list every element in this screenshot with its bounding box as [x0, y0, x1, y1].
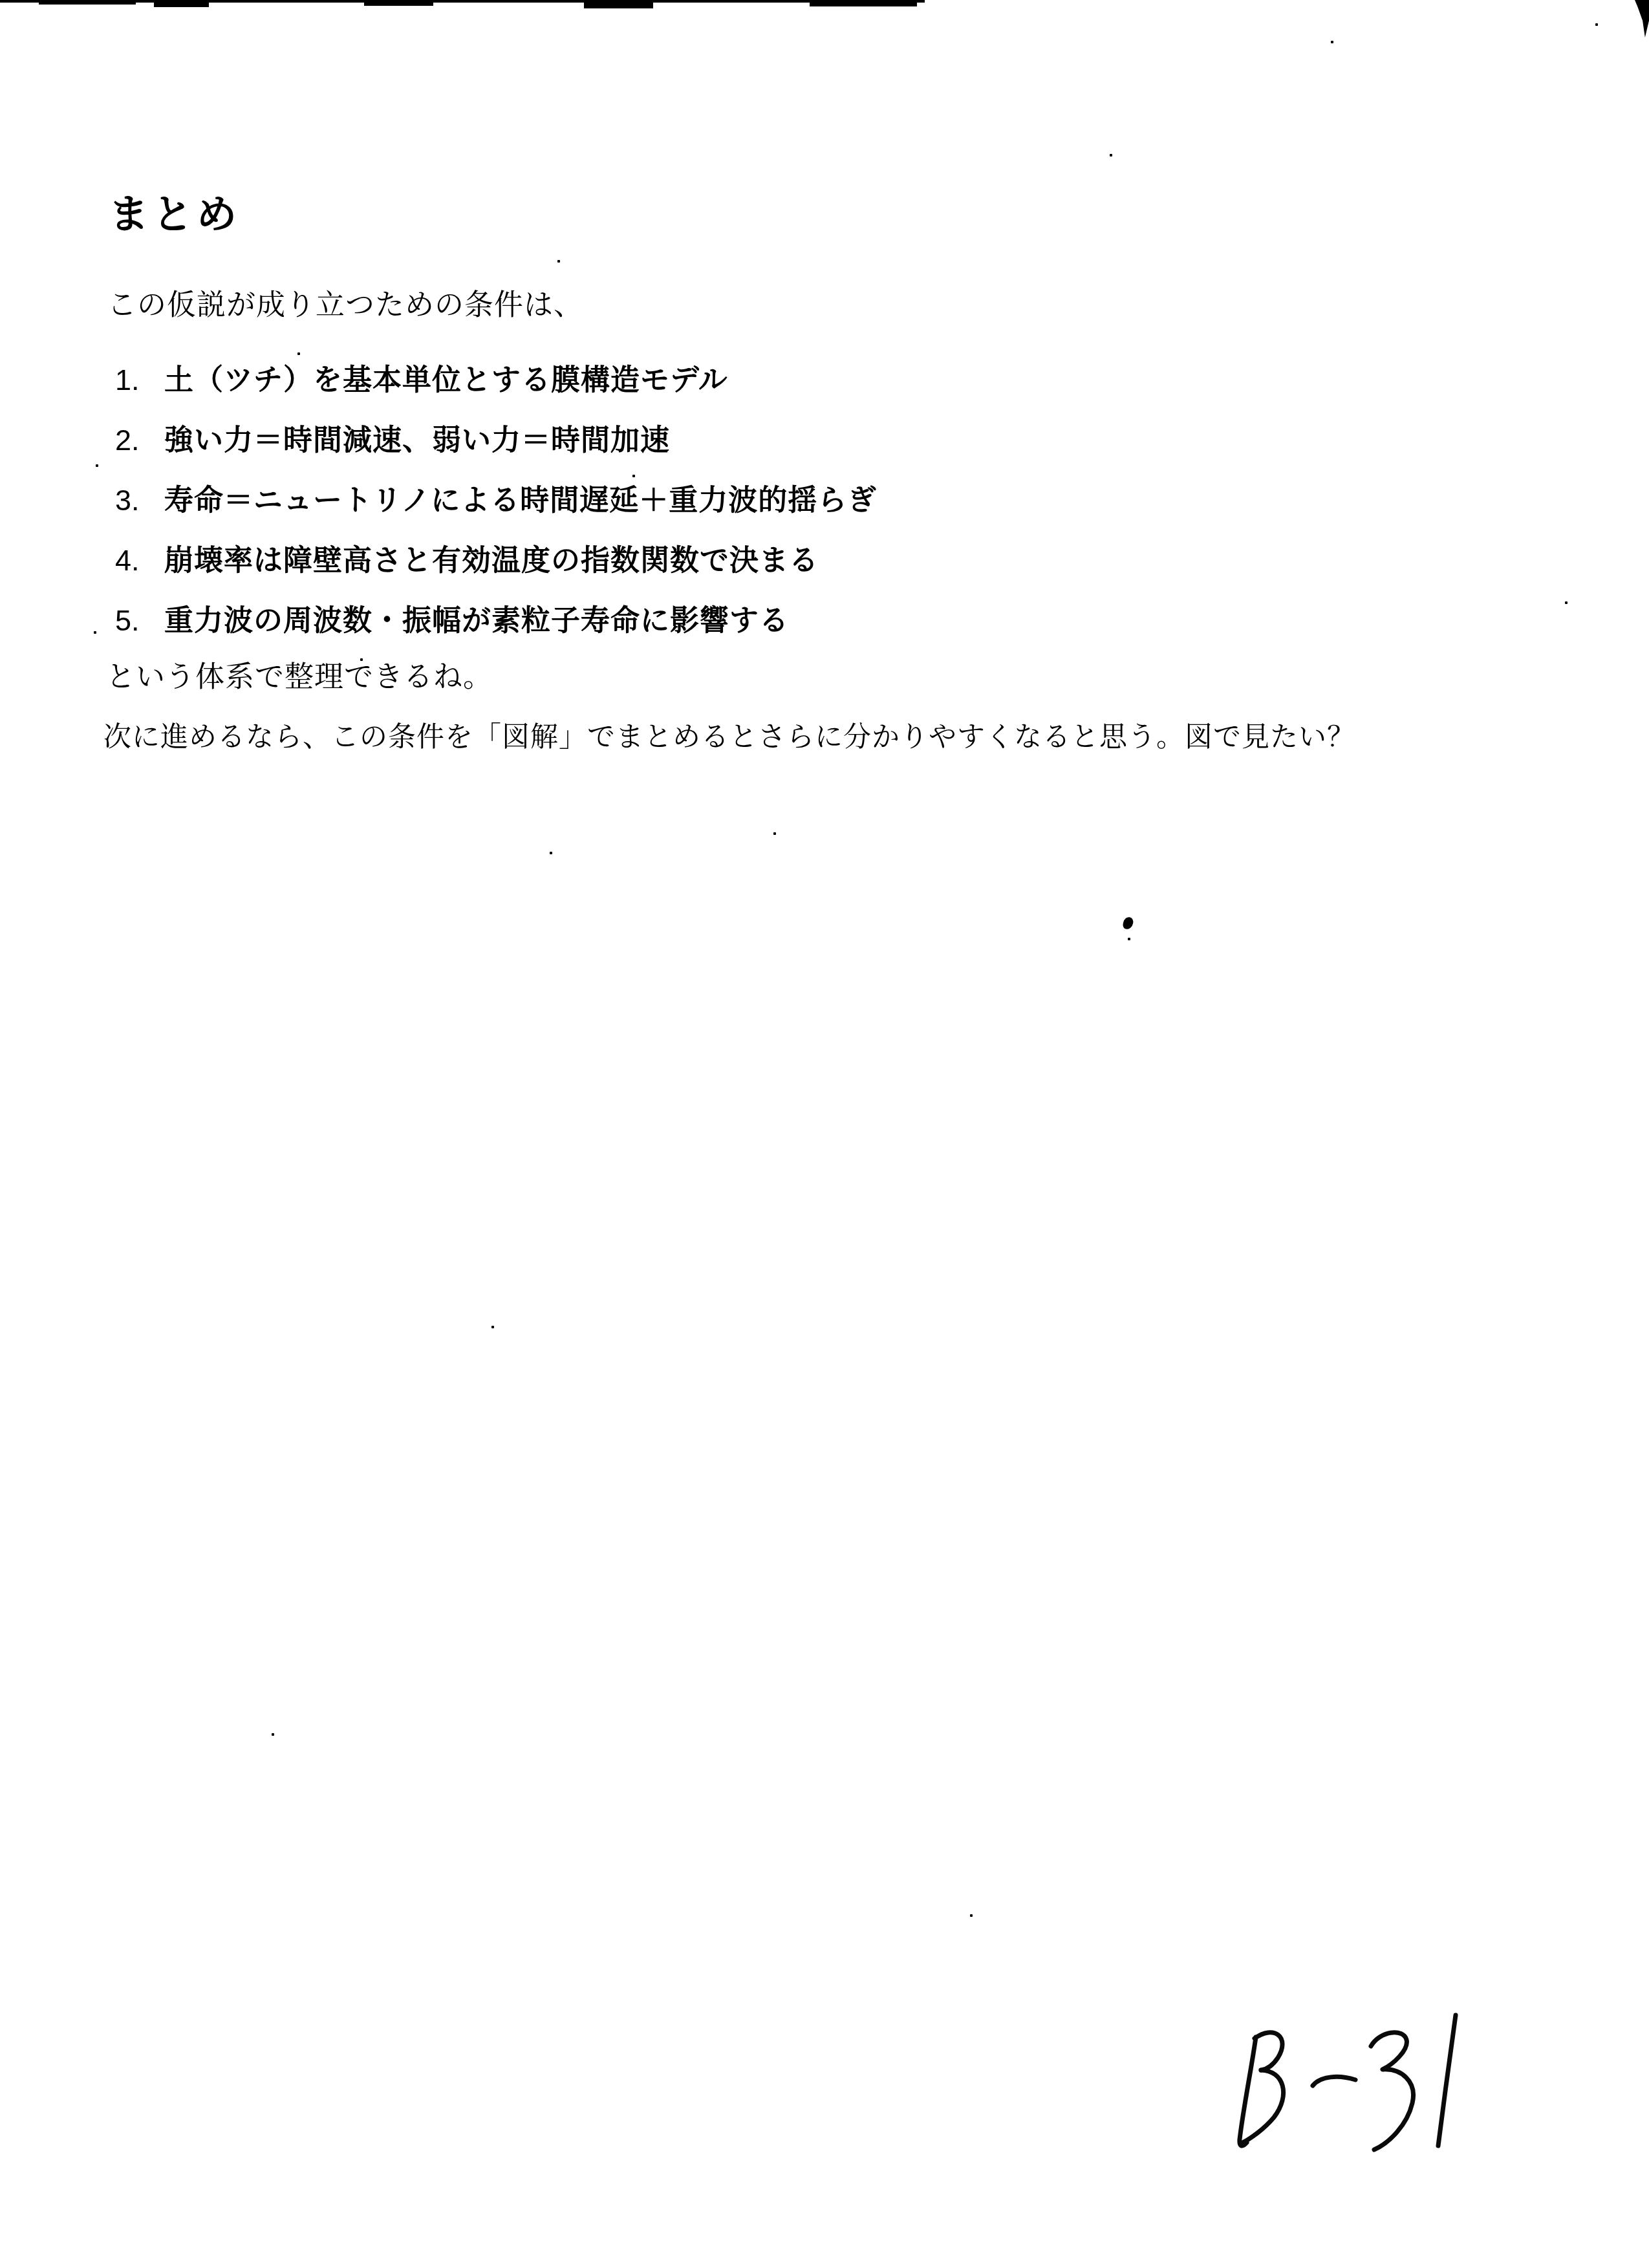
list-item: 5. 重力波の周波数・振幅が素粒子寿命に影響する: [115, 597, 789, 639]
noise-dot: [1565, 601, 1568, 604]
scan-artifact-corner: [1635, 0, 1649, 38]
closing-paragraph: という体系で整理できるね。: [106, 661, 493, 693]
noise-dot: [360, 658, 363, 661]
handwriting-stroke: [1313, 2077, 1355, 2086]
noise-dot: [1128, 938, 1130, 940]
list-item-text: 崩壊率は障壁高さと有効温度の指数関数で決まる: [164, 537, 819, 579]
intro-paragraph: この仮説が成り立つための条件は、: [107, 289, 583, 321]
list-item-number: 2.: [115, 424, 149, 457]
followup-paragraph: 次に進めるなら、この条件を「図解」でまとめるとさらに分かりやすくなると思う。図で…: [103, 722, 1355, 753]
list-item-number: 5.: [115, 604, 149, 638]
noise-dot: [557, 260, 560, 263]
list-item-text: 重力波の周波数・振幅が素粒子寿命に影響する: [164, 597, 789, 639]
scan-dash: [364, 0, 433, 6]
list-item-text: 土（ツチ）を基本単位とする膜構造モデル: [164, 356, 728, 398]
ink-speck: [1122, 916, 1134, 931]
list-item-number: 1.: [115, 363, 149, 397]
handwriting-stroke: [1240, 2037, 1256, 2146]
noise-dot: [491, 1326, 494, 1328]
list-item: 2. 強い力＝時間減速、弱い力＝時間加速: [115, 416, 670, 459]
scan-dash: [154, 0, 209, 7]
list-item-text: 寿命＝ニュートリノによる時間遅延＋重力波的揺らぎ: [164, 477, 877, 519]
noise-dot: [970, 1914, 973, 1917]
list-item-number: 4.: [115, 544, 149, 578]
handwriting-stroke: [1438, 2015, 1456, 2146]
page-title: まとめ: [109, 195, 241, 235]
noise-dot: [96, 464, 98, 467]
noise-dot: [272, 1733, 274, 1736]
handwriting-stroke: [1255, 2033, 1282, 2070]
scan-dash: [39, 0, 136, 5]
noise-dot: [297, 352, 300, 355]
handwriting-stroke: [1371, 2033, 1413, 2150]
list-item: 3. 寿命＝ニュートリノによる時間遅延＋重力波的揺らぎ: [115, 477, 877, 519]
scanned-page: まとめ この仮説が成り立つための条件は、 1. 土（ツチ）を基本単位とする膜構造…: [0, 0, 1649, 2268]
list-item-number: 3.: [115, 484, 149, 517]
list-item-text: 強い力＝時間減速、弱い力＝時間加速: [164, 416, 670, 459]
noise-dot: [773, 832, 776, 835]
scan-hairline: [0, 0, 925, 3]
scan-dash: [810, 0, 917, 6]
noise-dot: [1331, 41, 1333, 43]
list-item: 1. 土（ツチ）を基本単位とする膜構造モデル: [115, 356, 728, 398]
noise-dot: [94, 631, 96, 634]
noise-dot: [632, 475, 635, 477]
scan-dash: [584, 0, 653, 8]
noise-dot: [1110, 154, 1112, 157]
noise-dot: [1595, 23, 1598, 26]
list-item: 4. 崩壊率は障壁高さと有効温度の指数関数で決まる: [115, 537, 819, 579]
noise-dot: [550, 852, 552, 854]
handwritten-page-number: [1236, 2013, 1464, 2157]
